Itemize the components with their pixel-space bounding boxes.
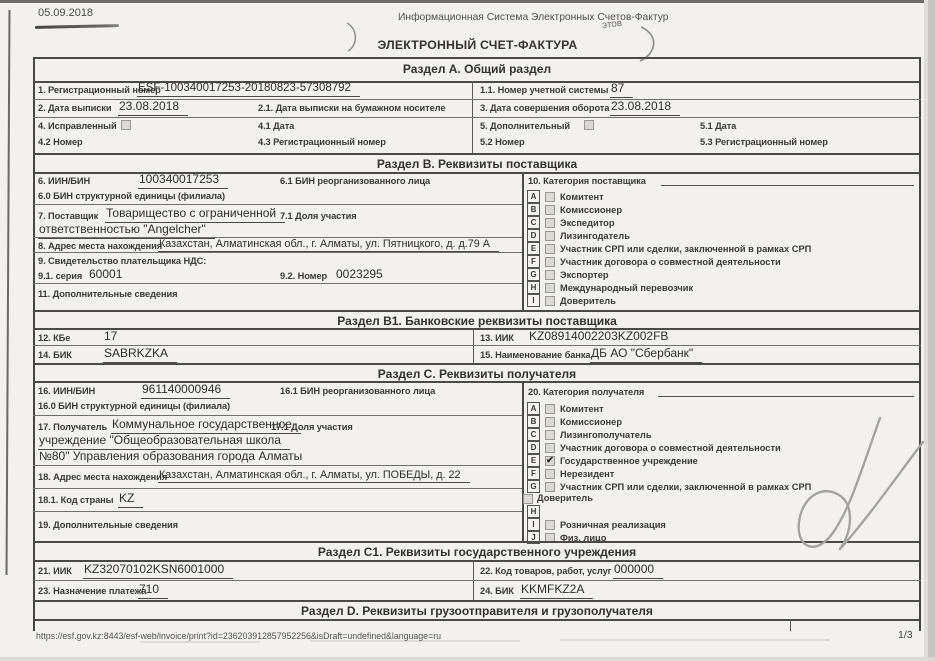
recipient-share-label: 17.1 Доля участия [271, 422, 353, 432]
table-line [658, 396, 914, 397]
footer-url: https://esf.gov.kz:8443/esf-web/invoice/… [36, 631, 441, 641]
category-option-label: Комитент [560, 192, 604, 202]
category-checkbox [545, 443, 555, 453]
corrected-number-label: 4.2 Номер [38, 137, 83, 147]
page-indicator: 1/3 [898, 629, 913, 641]
table-line [661, 185, 914, 186]
category-letter-box: E [527, 454, 540, 467]
category-checkbox [545, 192, 555, 202]
category-option-label: Экспедитор [560, 218, 615, 228]
category-option-label: Комиссионер [560, 205, 622, 215]
supplier-iin-label: 6. ИИН/БИН [38, 176, 90, 186]
category-option-label: Международный перевозчик [560, 283, 693, 293]
category-letter-box: H [527, 281, 540, 294]
recipient-category-label: 20. Категория получателя [528, 387, 644, 397]
supplier-iik-label: 13. ИИК [480, 333, 514, 343]
gov-iik-label: 21. ИИК [38, 566, 72, 576]
category-letter-box: G [527, 268, 540, 281]
table-line [33, 252, 522, 253]
section-a-header: Раздел А. Общий раздел [33, 62, 921, 76]
category-letter-box: C [527, 428, 540, 441]
supplier-address-label: 8. Адрес места нахождения [38, 241, 162, 251]
table-line [33, 57, 921, 59]
country-code-label: 18.1. Код страны [38, 495, 114, 505]
table-line [33, 363, 921, 365]
category-letter-box: A [527, 402, 540, 415]
category-letter-box: B [527, 415, 540, 428]
account-system-value: 87 [610, 82, 633, 98]
category-letter-box: I [527, 518, 540, 531]
scan-streak [140, 641, 260, 643]
gov-bik-value: KKMFKZ2A [520, 583, 593, 599]
payment-purpose-value: 710 [138, 583, 168, 599]
table-line [33, 204, 522, 205]
document-title: ЭЛЕКТРОННЫЙ СЧЕТ-ФАКТУРА [20, 38, 935, 52]
table-line [33, 619, 921, 621]
scan-edge-bottom [0, 657, 935, 661]
supplier-reorg-label: 6.1 БИН реорганизованного лица [280, 176, 430, 186]
vat-number-value: 0023295 [335, 268, 392, 284]
table-line [33, 117, 921, 118]
goods-code-label: 22. Код товаров, работ, услуг [480, 566, 611, 576]
kbe-label: 12. КБе [38, 333, 70, 343]
scan-smudge-text: этов [601, 18, 622, 31]
table-line [33, 328, 921, 330]
section-c-header: Раздел С. Реквизиты получателя [33, 367, 921, 381]
bank-name-value: ДБ АО "Сбербанк" [590, 347, 702, 363]
table-line [522, 381, 524, 541]
goods-code-value: 000000 [613, 563, 663, 579]
category-checkbox [545, 231, 555, 241]
category-checkbox [545, 283, 555, 293]
category-checkbox [545, 270, 555, 280]
category-letter-box: E [527, 242, 540, 255]
category-letter-box: H [527, 505, 540, 518]
category-option-label: Комитент [560, 404, 604, 414]
recipient-value-line2: учреждение "Общеобразовательная школа [38, 434, 290, 450]
supplier-iik-value: KZ08914002203KZ002FB [528, 330, 677, 346]
table-line [33, 488, 522, 489]
category-checkbox [545, 520, 555, 530]
vat-series-label: 9.1. серия [38, 271, 82, 281]
gov-iik-value: KZ32070102KSN6001000 [83, 563, 233, 579]
corrected-date-label: 4.1 Дата [258, 121, 294, 131]
section-b-header: Раздел В. Реквизиты поставщика [33, 157, 921, 171]
table-line [33, 541, 921, 543]
turnover-date-value: 23.08.2018 [610, 100, 680, 116]
turnover-date-label: 3. Дата совершения оборота [480, 103, 609, 113]
print-date: 05.09.2018 [38, 7, 93, 19]
category-option-label: Розничная реализация [560, 520, 666, 530]
category-option-label: Участник договора о совместной деятельно… [560, 257, 781, 267]
additional-label: 5. Дополнительный [480, 121, 570, 131]
supplier-bik-value: SABRKZKA [103, 347, 177, 363]
recipient-label: 17. Получатель [38, 422, 107, 432]
category-letter-box: B [527, 203, 540, 216]
category-option-label: Участник СРП или сделки, заключенной в р… [560, 244, 811, 254]
account-system-label: 1.1. Номер учетной системы [480, 85, 608, 95]
recipient-address-value: Казахстан, Алматинская обл., г. Алматы, … [158, 469, 470, 483]
category-option-label: Государственное учреждение [560, 456, 698, 466]
category-letter-box: D [527, 441, 540, 454]
category-checkbox [545, 257, 555, 267]
scan-edge-right-soft [924, 0, 928, 661]
issue-date-label: 2. Дата выписки [38, 103, 111, 113]
category-option-label: Лизингополучатель [560, 430, 652, 440]
invoice-form: Раздел А. Общий раздел 1. Регистрационны… [33, 57, 921, 631]
category-option-label: Участник СРП или сделки, заключенной в р… [560, 482, 811, 492]
recipient-value-line3: №80" Управления образования города Алмат… [38, 450, 311, 466]
paper-issue-date-label: 2.1. Дата выписки на бумажном носителе [258, 103, 445, 113]
category-option-label: Участник договора о совместной деятельно… [560, 443, 781, 453]
table-line [790, 619, 791, 631]
issue-date-value: 23.08.2018 [118, 100, 188, 116]
scan-edge-right [928, 0, 935, 661]
category-option-label: Экспортер [560, 270, 609, 280]
country-code-value: KZ [118, 492, 143, 508]
supplier-category-label: 10. Категория поставщика [528, 176, 646, 186]
vat-number-label: 9.2. Номер [280, 271, 327, 281]
category-letter-box: I [527, 294, 540, 307]
recipient-branch-label: 16.0 БИН структурной единицы (филиала) [38, 401, 230, 411]
category-option-label: Доверитель [560, 296, 616, 306]
additional-number-label: 5.2 Номер [480, 137, 525, 147]
vat-series-value: 60001 [88, 268, 131, 284]
category-checkbox [545, 456, 555, 466]
category-checkbox [545, 404, 555, 414]
category-letter-box: G [527, 480, 540, 493]
kbe-value: 17 [103, 330, 126, 346]
corrected-checkbox [121, 120, 131, 130]
recipient-iin-label: 16. ИИН/БИН [38, 386, 95, 396]
scan-streak [560, 639, 830, 641]
category-letter-box: F [527, 255, 540, 268]
scan-left-fold-line [6, 10, 11, 575]
table-line [33, 283, 522, 284]
category-checkbox [545, 469, 555, 479]
pen-stroke [35, 24, 119, 29]
recipient-iin-value: 961140000946 [141, 383, 230, 399]
gov-bik-label: 24. БИК [480, 586, 514, 596]
category-letter-box: D [527, 229, 540, 242]
table-line [33, 310, 921, 312]
payment-purpose-label: 23. Назначение платежа [38, 586, 146, 596]
category-checkbox [545, 296, 555, 306]
supplier-label: 7. Поставщик [38, 211, 98, 221]
bank-name-label: 15. Наименование банка [480, 350, 590, 360]
supplier-share-label: 7.1 Доля участия [280, 211, 357, 221]
supplier-bik-label: 14. БИК [38, 350, 72, 360]
supplier-branch-label: 6.0 БИН структурной единицы (филиала) [38, 191, 225, 201]
recipient-reorg-label: 16.1 БИН реорганизованного лица [280, 386, 435, 396]
category-checkbox [545, 482, 555, 492]
category-checkbox [545, 244, 555, 254]
category-checkbox [523, 494, 533, 504]
corrected-label: 4. Исправленный [38, 121, 117, 131]
recipient-extra-label: 19. Дополнительные сведения [38, 520, 178, 530]
section-d-header: Раздел D. Реквизиты грузоотправителя и г… [33, 604, 921, 618]
table-line [33, 415, 522, 416]
system-name: Информационная Система Электронных Счето… [398, 12, 669, 23]
table-line [33, 580, 921, 581]
section-b1-header: Раздел В1. Банковские реквизиты поставщи… [33, 314, 921, 328]
supplier-value-line1: Товарищество с ограниченной [105, 207, 285, 223]
corrected-reg-label: 4.3 Регистрационный номер [258, 137, 386, 147]
scan-edge-top [0, 0, 935, 3]
category-letter-box: A [527, 190, 540, 203]
category-letter-box: F [527, 467, 540, 480]
category-option-label: Лизингодатель [560, 231, 630, 241]
table-line [33, 511, 522, 512]
table-line [33, 600, 921, 602]
category-option-label: Комиссионер [560, 417, 622, 427]
reg-number-value: ESF-100340017253-20180823-57308792 [137, 82, 360, 97]
table-line [522, 172, 524, 310]
vat-certificate-label: 9. Свидетельство плательщика НДС: [38, 256, 206, 266]
additional-date-label: 5.1 Дата [700, 121, 736, 131]
additional-checkbox [584, 120, 594, 130]
category-checkbox [545, 205, 555, 215]
category-option-label: Доверитель [537, 493, 593, 503]
supplier-address-value: Казахстан, Алматинская обл., г. Алматы, … [158, 238, 499, 252]
table-line [33, 465, 522, 466]
supplier-iin-value: 100340017253 [138, 173, 228, 189]
table-line [33, 153, 921, 155]
recipient-address-label: 18. Адрес места нахождения [38, 472, 167, 482]
category-letter-box: C [527, 216, 540, 229]
supplier-extra-label: 11. Дополнительные сведения [38, 289, 177, 299]
category-checkbox [545, 417, 555, 427]
section-c1-header: Раздел С1. Реквизиты государственного уч… [33, 545, 921, 559]
category-checkbox [545, 218, 555, 228]
category-option-label: Нерезидент [560, 469, 614, 479]
additional-reg-label: 5.3 Регистрационный номер [700, 137, 828, 147]
category-checkbox [545, 430, 555, 440]
